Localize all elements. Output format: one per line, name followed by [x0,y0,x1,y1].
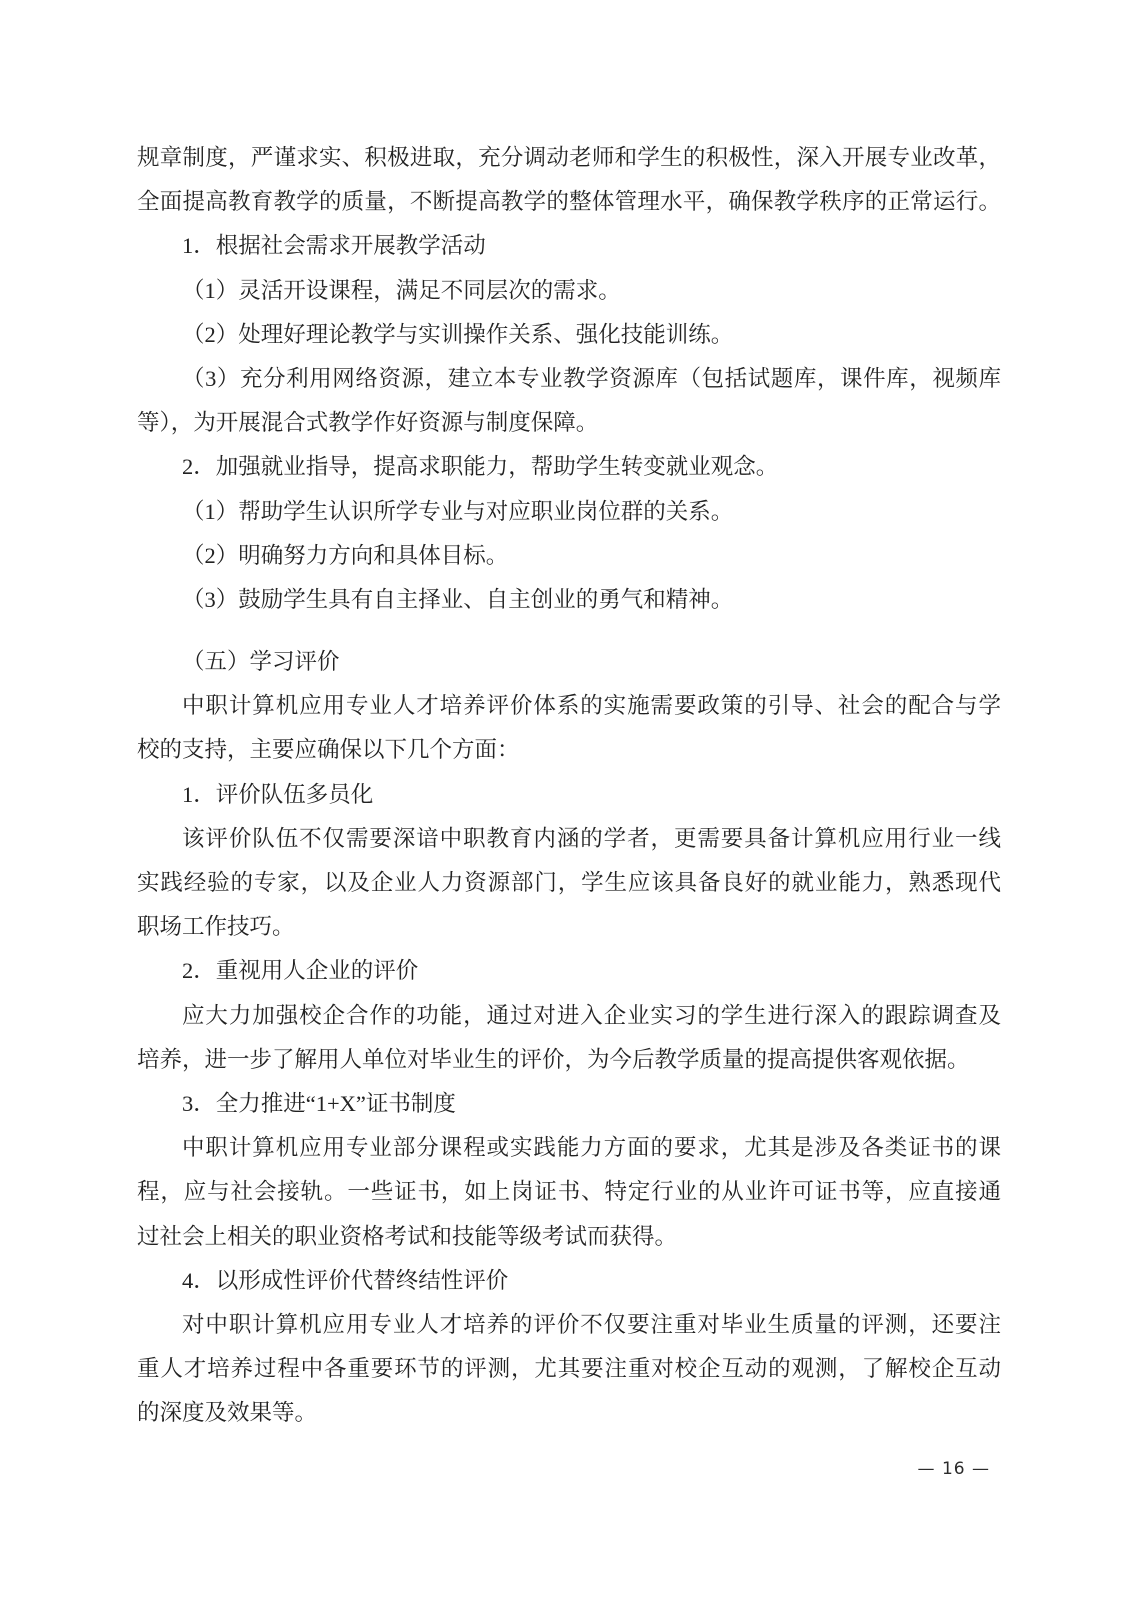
text-line: 程，应与社会接轨。一些证书，如上岗证书、特定行业的从业许可证书等，应直接通 [137,1170,1001,1214]
text-line: 1．根据社会需求开展教学活动 [137,224,1001,268]
text-line: 校的支持，主要应确保以下几个方面： [137,728,1001,772]
text-line: 中职计算机应用专业部分课程或实践能力方面的要求，尤其是涉及各类证书的课 [137,1126,1001,1170]
text-line: 的深度及效果等。 [137,1391,1001,1435]
text-line: 4．以形成性评价代替终结性评价 [137,1259,1001,1303]
blank-line [137,622,1001,640]
text-line: 重人才培养过程中各重要环节的评测，尤其要注重对校企互动的观测，了解校企互动 [137,1347,1001,1391]
text-line: 应大力加强校企合作的功能，通过对进入企业实习的学生进行深入的跟踪调查及 [137,994,1001,1038]
text-line: （3）充分利用网络资源，建立本专业教学资源库（包括试题库，课件库，视频库 [137,357,1001,401]
text-line: （2）明确努力方向和具体目标。 [137,534,1001,578]
text-line: 过社会上相关的职业资格考试和技能等级考试而获得。 [137,1215,1001,1259]
document-page: 规章制度，严谨求实、积极进取，充分调动老师和学生的积极性，深入开展专业改革，全面… [0,0,1131,1600]
text-line: 该评价队伍不仅需要深谙中职教育内涵的学者，更需要具备计算机应用行业一线 [137,817,1001,861]
text-line: 全面提高教育教学的质量，不断提高教学的整体管理水平，确保教学秩序的正常运行。 [137,180,1001,224]
text-line: 对中职计算机应用专业人才培养的评价不仅要注重对毕业生质量的评测，还要注 [137,1303,1001,1347]
text-line: 实践经验的专家，以及企业人力资源部门，学生应该具备良好的就业能力，熟悉现代 [137,861,1001,905]
text-line: 2．重视用人企业的评价 [137,949,1001,993]
text-line: 3．全力推进“1+X”证书制度 [137,1082,1001,1126]
text-line: （1）帮助学生认识所学专业与对应职业岗位群的关系。 [137,490,1001,534]
text-line: （3）鼓励学生具有自主择业、自主创业的勇气和精神。 [137,578,1001,622]
text-line: （五）学习评价 [137,640,1001,684]
text-line: 中职计算机应用专业人才培养评价体系的实施需要政策的引导、社会的配合与学 [137,684,1001,728]
text-line: 规章制度，严谨求实、积极进取，充分调动老师和学生的积极性，深入开展专业改革， [137,136,1001,180]
text-line: 职场工作技巧。 [137,905,1001,949]
text-line: （2）处理好理论教学与实训操作关系、强化技能训练。 [137,313,1001,357]
text-line: 2．加强就业指导，提高求职能力，帮助学生转变就业观念。 [137,445,1001,489]
text-line: （1）灵活开设课程，满足不同层次的需求。 [137,269,1001,313]
text-line: 等），为开展混合式教学作好资源与制度保障。 [137,401,1001,445]
page-number: — 16 — [918,1458,990,1480]
document-text-block: 规章制度，严谨求实、积极进取，充分调动老师和学生的积极性，深入开展专业改革，全面… [137,136,1001,1435]
text-line: 培养，进一步了解用人单位对毕业生的评价，为今后教学质量的提高提供客观依据。 [137,1038,1001,1082]
text-line: 1．评价队伍多员化 [137,773,1001,817]
